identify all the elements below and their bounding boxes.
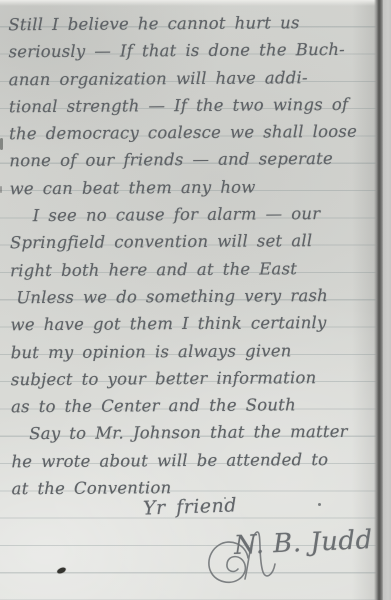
signature-text: N. B. Judd	[233, 525, 373, 561]
letter-line: right both here and at the East	[0, 254, 378, 284]
letter-line: anan organization will have addi-	[0, 63, 377, 93]
letter-line: we can beat them any how	[0, 172, 378, 202]
signature: N. B. Judd	[188, 512, 388, 597]
letter-page: Still I believe he cannot hurt us seriou…	[0, 0, 391, 600]
letter-line: the democracy coalesce we shall loose	[0, 118, 377, 148]
letter-line: Still I believe he cannot hurt us	[0, 9, 376, 39]
ink-dot	[224, 497, 226, 499]
letter-line: we have got them I think certainly	[0, 309, 378, 339]
letter-line: as to the Center and the South	[1, 391, 379, 421]
letter-body: Still I believe he cannot hurt us seriou…	[0, 9, 380, 503]
letter-line: I see no cause for alarm — our	[0, 200, 378, 230]
letter-line: subject to your better information	[1, 364, 379, 394]
letter-line: Springfield convention will set all	[0, 227, 378, 257]
letter-line: Unless we do something very rash	[0, 282, 378, 312]
letter-line: Say to Mr. Johnson that the matter	[1, 418, 379, 448]
page-top-edge	[0, 0, 391, 6]
ink-speck	[56, 566, 66, 574]
letter-line: he wrote about will be attended to	[1, 445, 379, 475]
letter-line: tional strength — If the two wings of	[0, 91, 377, 121]
ink-dot	[318, 503, 321, 506]
letter-line: but my opinion is always given	[1, 336, 379, 366]
letter-line: none of our friends — and seperate	[0, 145, 377, 175]
adjacent-leaf-strip	[383, 0, 391, 600]
letter-line: seriously — If that is done the Buch-	[0, 36, 377, 66]
